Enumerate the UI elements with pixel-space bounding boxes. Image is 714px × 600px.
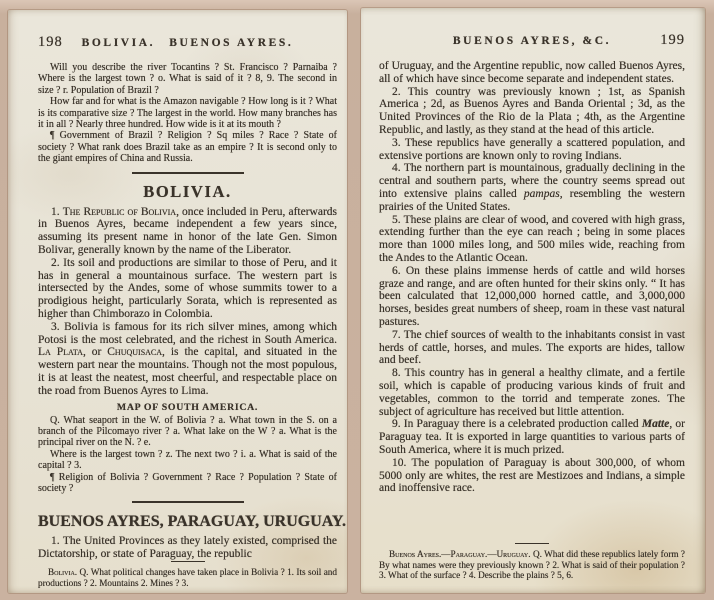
page-number-left: 198 (38, 34, 80, 51)
paragraph: Where is the largest town ? z. The next … (38, 449, 337, 472)
paragraph: 1. The United Provinces as they lately e… (38, 535, 337, 561)
paragraph: 8. This country has in general a healthy… (379, 367, 685, 418)
paragraph: 6. On these plains immense herds of catt… (379, 265, 685, 329)
paragraph: 3. Bolivia is famous for its rich silver… (38, 321, 337, 398)
paragraph: ¶ Government of Brazil ? Religion ? Sq m… (38, 130, 337, 164)
footnote-right: Buenos Ayres.—Paraguay.—Uruguay. Q. What… (379, 549, 685, 581)
paragraph: Will you describe the river Tocantins ? … (38, 62, 337, 96)
buenos-ayres-continued-paragraphs: of Uruguay, and the Argentine republic, … (379, 60, 685, 495)
bolivia-paragraphs: 1. The Republic of Bolivia, once include… (38, 206, 337, 398)
running-head-right: BUENOS AYRES, &C. (421, 35, 643, 47)
paragraph: 3. These republics have generally a scat… (379, 137, 685, 163)
running-header-left: 198 BOLIVIA. BUENOS AYRES. (38, 34, 337, 51)
paragraph: 4. The northern part is mountainous, gra… (379, 162, 685, 213)
paragraph: 5. These plains are clear of wood, and c… (379, 214, 685, 265)
divider-rule (132, 501, 244, 503)
buenos-ayres-paragraphs: 1. The United Provinces as they lately e… (38, 535, 337, 561)
divider-rule (132, 172, 244, 174)
paragraph: 9. In Paraguay there is a celebrated pro… (379, 418, 685, 456)
paragraph: 1. The Republic of Bolivia, once include… (38, 206, 337, 257)
paragraph: 7. The chief sources of wealth to the in… (379, 329, 685, 367)
buenos-ayres-heading: BUENOS AYRES, PARAGUAY, URUGUAY. (38, 513, 337, 531)
map-of-south-america-heading: MAP OF SOUTH AMERICA. (38, 402, 337, 413)
paragraph: 2. Its soil and productions are similar … (38, 257, 337, 321)
footnote-left: Bolivia. Q. What political changes have … (38, 567, 337, 588)
running-header-right: BUENOS AYRES, &C. 199 (379, 32, 685, 49)
paragraph: Q. What seaport in the W. of Bolivia ? a… (38, 415, 337, 449)
paragraph: Bolivia. Q. What political changes have … (38, 567, 337, 588)
running-head-left: BOLIVIA. BUENOS AYRES. (80, 37, 295, 49)
book-spread: 198 BOLIVIA. BUENOS AYRES. Will you desc… (0, 0, 714, 600)
page-left-198: 198 BOLIVIA. BUENOS AYRES. Will you desc… (8, 10, 347, 593)
footnote-block-left: Bolivia. Q. What political changes have … (38, 561, 337, 588)
footnote-block-right: Buenos Ayres.—Paraguay.—Uruguay. Q. What… (379, 543, 685, 581)
page-number-right: 199 (643, 32, 685, 49)
intro-questions: Will you describe the river Tocantins ? … (38, 62, 337, 165)
footnote-rule (515, 543, 549, 544)
page-right-199: BUENOS AYRES, &C. 199 of Uruguay, and th… (361, 8, 705, 593)
paragraph: Buenos Ayres.—Paraguay.—Uruguay. Q. What… (379, 549, 685, 581)
paragraph: of Uruguay, and the Argentine republic, … (379, 60, 685, 86)
paragraph: How far and for what is the Amazon navig… (38, 96, 337, 130)
paragraph: ¶ Religion of Bolivia ? Government ? Rac… (38, 472, 337, 495)
footnote-rule (171, 561, 205, 562)
bolivia-heading: BOLIVIA. (38, 182, 337, 202)
paragraph: 10. The population of Paraguay is about … (379, 457, 685, 495)
paragraph: 2. This country was previously known ; 1… (379, 86, 685, 137)
map-questions: Q. What seaport in the W. of Bolivia ? a… (38, 415, 337, 495)
